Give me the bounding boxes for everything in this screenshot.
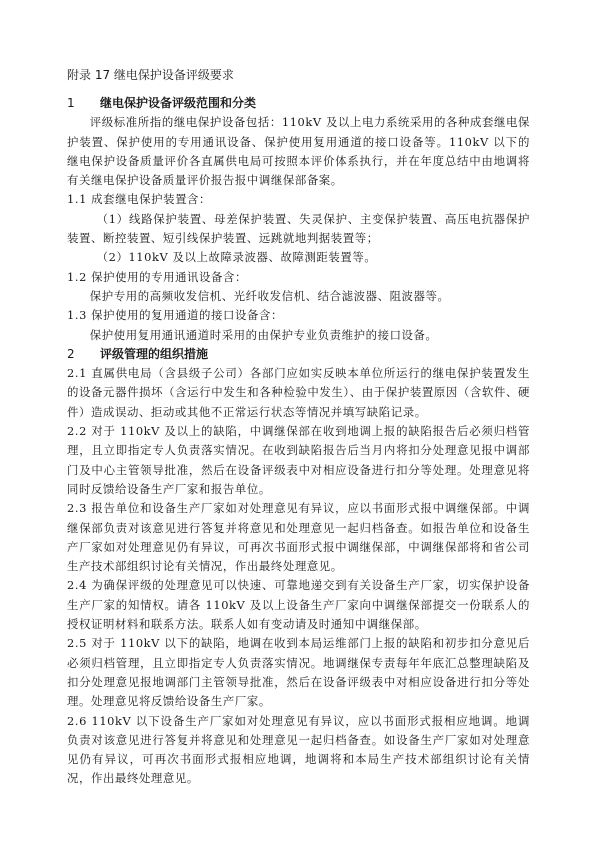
subsection-2-2: 2.2 对于 110kV 及以上的缺陷，中调继保部在收到地调上报的缺陷报告后必须… (67, 422, 530, 499)
section-number: 1 (67, 94, 100, 113)
subsection-1-1-item-2: （2）110kV 及以上故障录波器、故障测距装置等。 (67, 248, 530, 267)
subsection-1-3: 1.3 保护使用的复用通道的接口设备含： (67, 306, 530, 325)
subsection-2-6: 2.6 110kV 以下设备生产厂家如对处理意见有异议，应以书面形式报相应地调。… (67, 712, 530, 789)
document-page: 附录 17 继电保护设备评级要求 1 继电保护设备评级范围和分类 评级标准所指的… (67, 66, 530, 789)
section-number: 2 (67, 345, 100, 364)
subsection-1-3-text: 保护使用复用通讯通道时采用的由保护专业负责维护的接口设备。 (67, 326, 530, 345)
subsection-1-2-text: 保护专用的高频收发信机、光纤收发信机、结合滤波器、阻波器等。 (67, 287, 530, 306)
section-1-intro: 评级标准所指的继电保护设备包括：110kV 及以上电力系统采用的各种成套继电保护… (67, 113, 530, 190)
subsection-2-4: 2.4 为确保评级的处理意见可以快速、可靠地递交到有关设备生产厂家，切实保护设备… (67, 576, 530, 634)
subsection-2-3: 2.3 报告单位和设备生产厂家如对处理意见有异议，应以书面形式报中调继保部。中调… (67, 499, 530, 576)
subsection-1-2: 1.2 保护使用的专用通讯设备含： (67, 268, 530, 287)
subsection-2-5: 2.5 对于 110kV 以下的缺陷，地调在收到本局运维部门上报的缺陷和初步扣分… (67, 634, 530, 711)
section-heading-text: 评级管理的组织措施 (100, 345, 208, 364)
section-2-heading: 2 评级管理的组织措施 (67, 345, 530, 364)
subsection-1-1: 1.1 成套继电保护装置含： (67, 190, 530, 209)
subsection-1-1-item-1: （1）线路保护装置、母差保护装置、失灵保护、主变保护装置、高压电抗器保护装置、断… (67, 210, 530, 249)
subsection-2-1: 2.1 直属供电局（含县级子公司）各部门应如实反映本单位所运行的继电保护装置发生… (67, 364, 530, 422)
section-heading-text: 继电保护设备评级范围和分类 (100, 94, 256, 113)
section-1-heading: 1 继电保护设备评级范围和分类 (67, 94, 530, 113)
appendix-title: 附录 17 继电保护设备评级要求 (67, 66, 530, 85)
